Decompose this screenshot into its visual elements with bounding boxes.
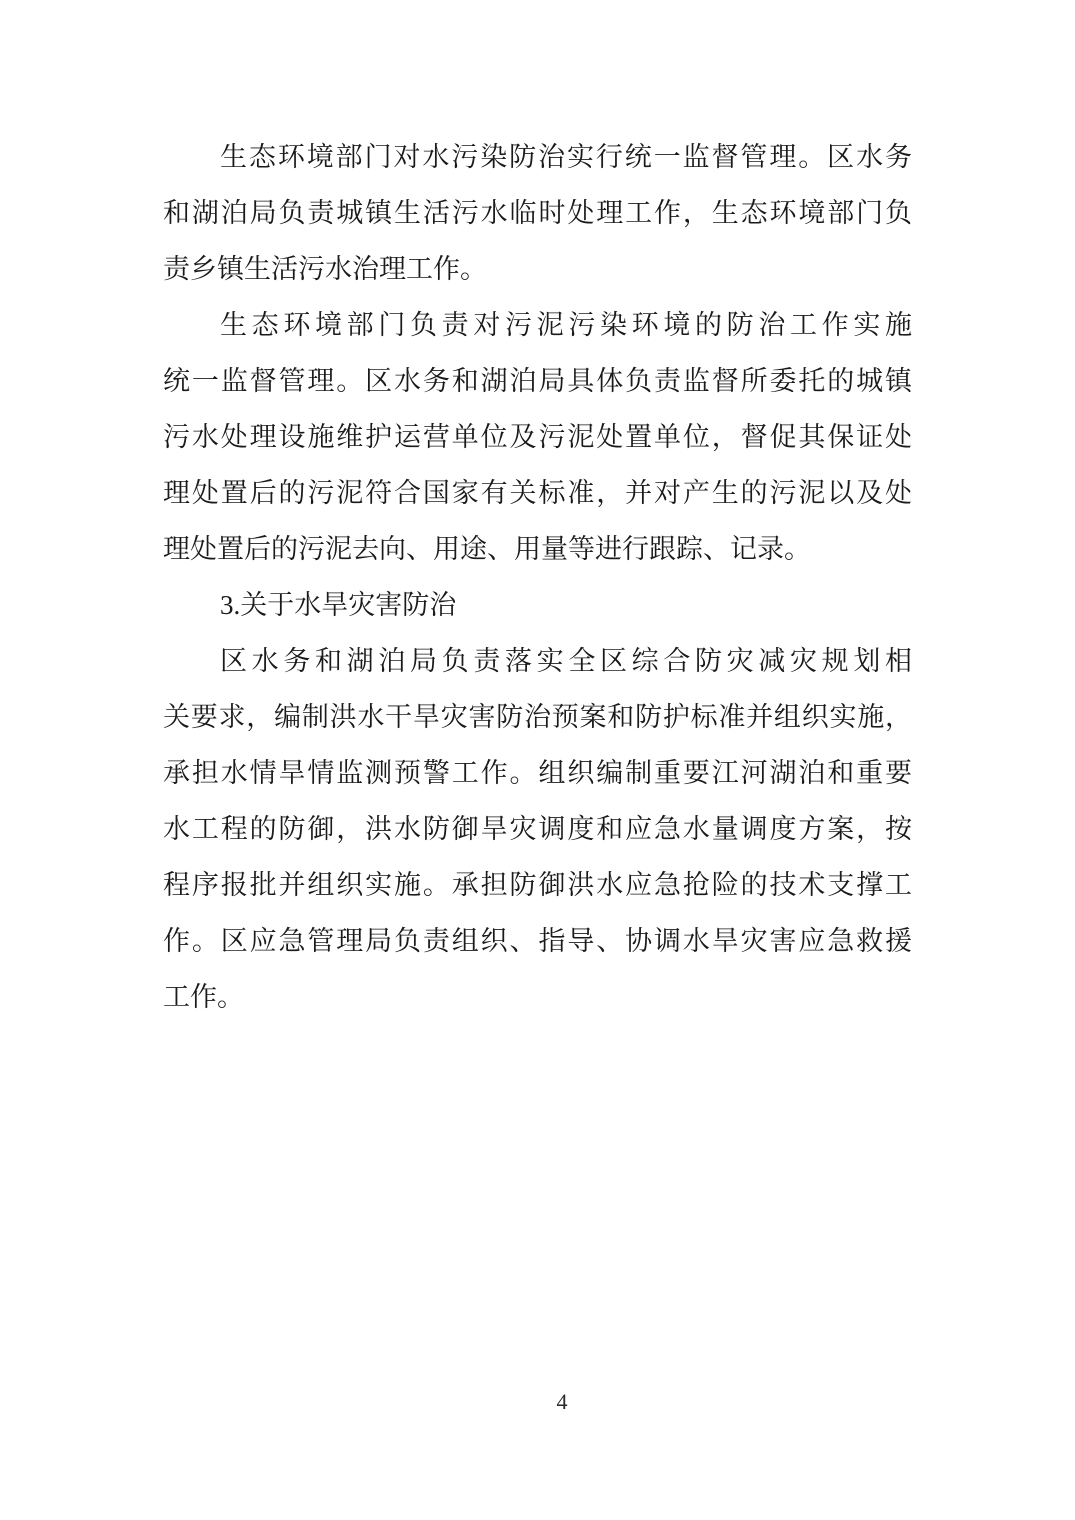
- text-line: 关要求，编制洪水干旱灾害防治预案和防护标准并组织实施，: [163, 689, 912, 745]
- section-heading-line: 3.关于水旱灾害防治: [163, 577, 912, 633]
- document-body: 生态环境部门对水污染防治实行统一监督管理。区水务和湖泊局负责城镇生活污水临时处理…: [163, 129, 912, 1025]
- text-line: 承担水情旱情监测预警工作。组织编制重要江河湖泊和重要: [163, 745, 912, 801]
- text-line: 统一监督管理。区水务和湖泊局具体负责监督所委托的城镇: [163, 353, 912, 409]
- text-line: 作。区应急管理局负责组织、指导、协调水旱灾害应急救援: [163, 913, 912, 969]
- text-line: 责乡镇生活污水治理工作。: [163, 241, 912, 297]
- text-line: 程序报批并组织实施。承担防御洪水应急抢险的技术支撑工: [163, 857, 912, 913]
- text-line: 理处置后的污泥去向、用途、用量等进行跟踪、记录。: [163, 521, 912, 577]
- text-line: 生态环境部门负责对污泥污染环境的防治工作实施: [163, 297, 912, 353]
- text-line: 工作。: [163, 969, 912, 1025]
- page-number: 4: [557, 1388, 568, 1416]
- text-line: 区水务和湖泊局负责落实全区综合防灾减灾规划相: [163, 633, 912, 689]
- text-line: 和湖泊局负责城镇生活污水临时处理工作，生态环境部门负: [163, 185, 912, 241]
- document-page: 生态环境部门对水污染防治实行统一监督管理。区水务和湖泊局负责城镇生活污水临时处理…: [0, 0, 1075, 1520]
- text-line: 生态环境部门对水污染防治实行统一监督管理。区水务: [163, 129, 912, 185]
- text-line: 水工程的防御，洪水防御旱灾调度和应急水量调度方案，按: [163, 801, 912, 857]
- text-line: 理处置后的污泥符合国家有关标准，并对产生的污泥以及处: [163, 465, 912, 521]
- text-line: 污水处理设施维护运营单位及污泥处置单位，督促其保证处: [163, 409, 912, 465]
